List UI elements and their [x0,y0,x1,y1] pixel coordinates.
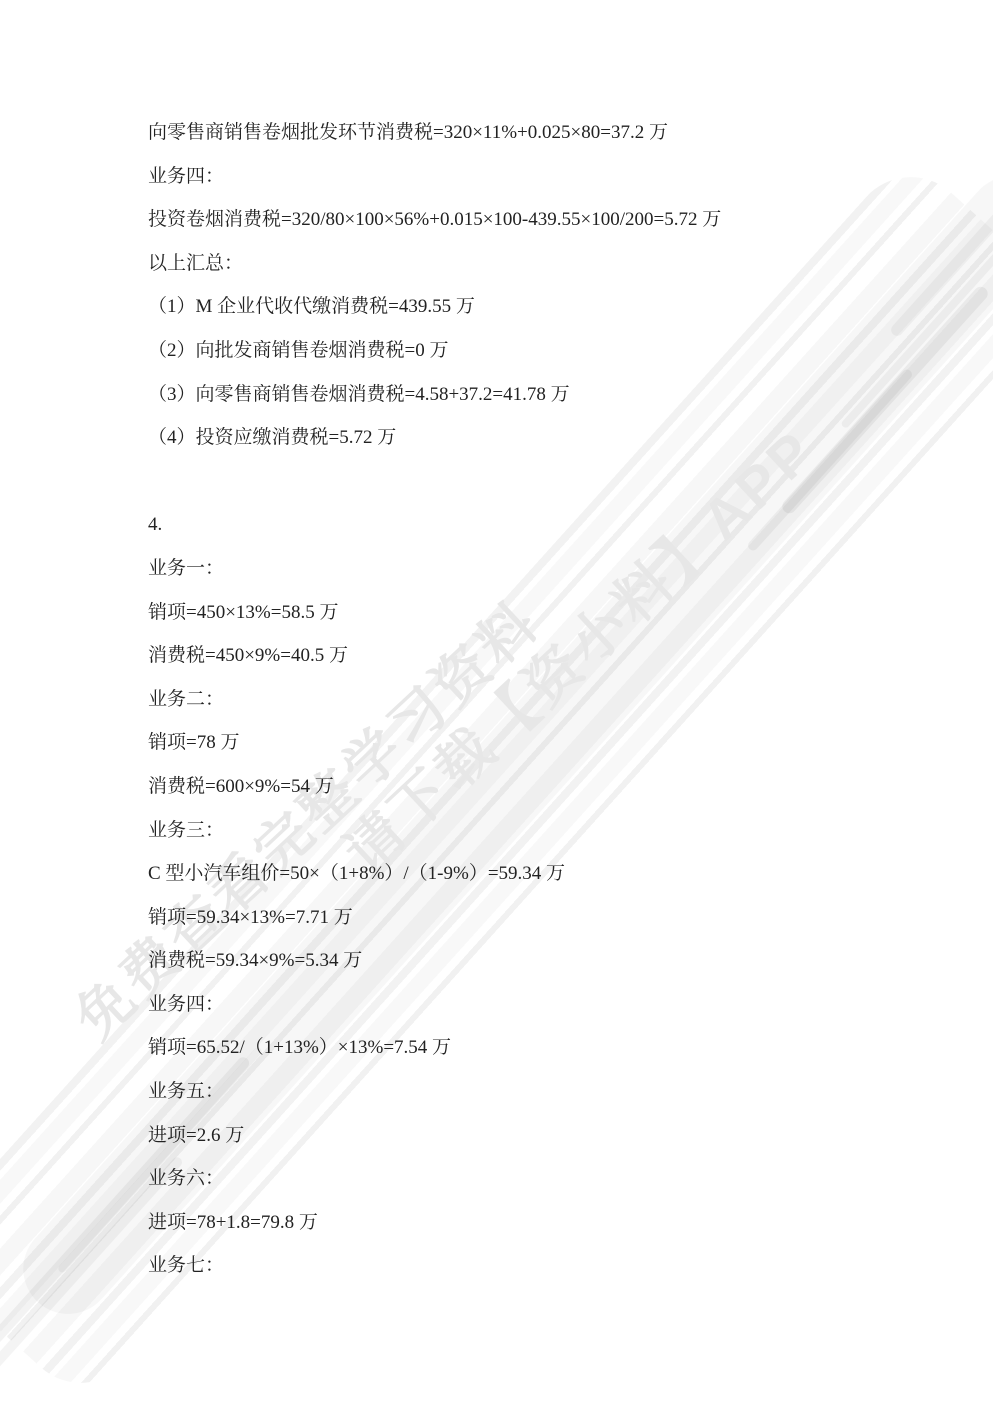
text-line: 业务五： [148,1070,721,1114]
text-line: （3）向零售商销售卷烟消费税=4.58+37.2=41.78 万 [148,373,721,417]
text-line: （2）向批发商销售卷烟消费税=0 万 [148,329,721,373]
text-line: 销项=78 万 [148,721,721,765]
text-line: C 型小汽车组价=50×（1+8%）/（1-9%）=59.34 万 [148,852,721,896]
text-line: 进项=78+1.8=79.8 万 [148,1201,721,1245]
text-line: 业务三： [148,809,721,853]
text-line: 业务六： [148,1157,721,1201]
text-line: 以上汇总： [148,242,721,286]
document-text: 向零售商销售卷烟批发环节消费税=320×11%+0.025×80=37.2 万业… [148,111,721,1288]
document-page: 免费查看完整学习资料 请下载【资小料】APP 向零售商销售卷烟批发环节消费税=3… [0,0,993,1404]
text-line: （4）投资应缴消费税=5.72 万 [148,416,721,460]
text-line: 业务七： [148,1244,721,1288]
text-line: 消费税=600×9%=54 万 [148,765,721,809]
text-line: 进项=2.6 万 [148,1114,721,1158]
text-line: 消费税=59.34×9%=5.34 万 [148,939,721,983]
text-line [148,460,721,504]
text-line: 销项=59.34×13%=7.71 万 [148,896,721,940]
text-line: 业务一： [148,547,721,591]
text-line: （1）M 企业代收代缴消费税=439.55 万 [148,285,721,329]
text-line: 业务四： [148,983,721,1027]
text-line: 业务二： [148,678,721,722]
text-line: 消费税=450×9%=40.5 万 [148,634,721,678]
text-line: 销项=450×13%=58.5 万 [148,591,721,635]
text-line: 投资卷烟消费税=320/80×100×56%+0.015×100-439.55×… [148,198,721,242]
text-line: 向零售商销售卷烟批发环节消费税=320×11%+0.025×80=37.2 万 [148,111,721,155]
text-line: 4. [148,503,721,547]
text-line: 销项=65.52/（1+13%）×13%=7.54 万 [148,1026,721,1070]
text-line: 业务四： [148,155,721,199]
